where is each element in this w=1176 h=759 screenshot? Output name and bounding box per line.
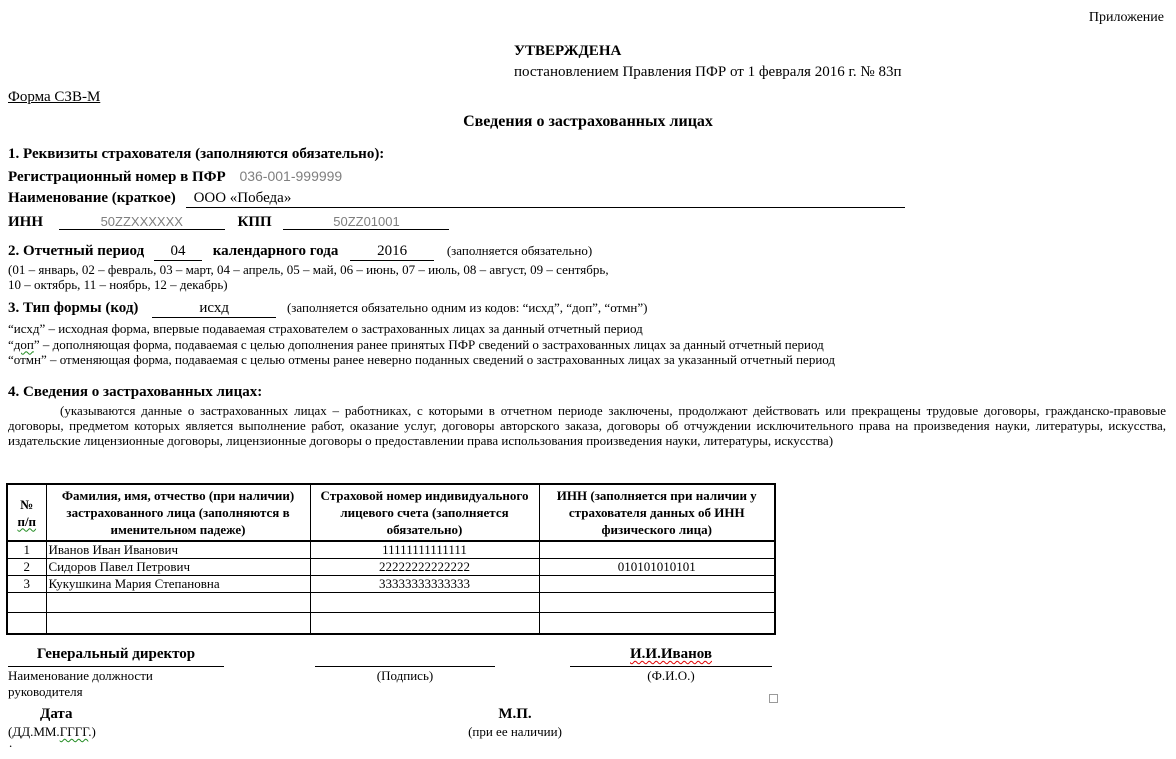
form-type-descr-iskhd: “исхд” – исходная форма, впервые подавае… xyxy=(8,321,835,337)
table-row xyxy=(7,593,775,613)
small-square-marker-icon xyxy=(769,694,778,703)
form-type-descr-otmn: “отмн” – отменяющая форма, подаваемая с … xyxy=(8,352,835,368)
form-name: Форма СЗВ-М xyxy=(8,89,100,106)
registration-number-line: Регистрационный номер в ПФР 036-001-9999… xyxy=(8,168,342,186)
position-caption-line1: Наименование должности xyxy=(8,668,153,684)
form-type-field[interactable]: исхд xyxy=(152,300,276,318)
page-title: Сведения о застрахованных лицах xyxy=(0,113,1176,131)
header-inn: ИНН (заполняется при наличии у страховат… xyxy=(539,484,775,541)
months-legend-line1: (01 – январь, 02 – февраль, 03 – март, 0… xyxy=(8,263,609,278)
cell-inn[interactable] xyxy=(539,593,775,613)
cell-snils[interactable] xyxy=(310,593,539,613)
short-name-label: Наименование (краткое) xyxy=(8,190,176,206)
form-type-descriptions: “исхд” – исходная форма, впервые подавае… xyxy=(8,321,835,368)
table-header-row: № п/п Фамилия, имя, отчество (при наличи… xyxy=(7,484,775,541)
form-type-label: 3. Тип формы (код) xyxy=(8,300,138,316)
header-num-line1: № xyxy=(12,496,42,513)
inn-kpp-line: ИНН 50ZZXXXXXX КПП 50ZZ01001 xyxy=(8,214,449,231)
header-fio: Фамилия, имя, отчество (при наличии) зас… xyxy=(46,484,310,541)
reporting-period-note: (заполняется обязательно) xyxy=(447,243,592,258)
table-row: 1 Иванов Иван Иванович 11111111111111 xyxy=(7,541,775,559)
director-position-field[interactable]: Генеральный директор xyxy=(8,646,224,667)
fio-value: И.И.Иванов xyxy=(630,646,712,662)
cell-fio[interactable] xyxy=(46,593,310,613)
fio-field[interactable]: И.И.Иванов xyxy=(570,646,772,667)
date-format-open: (ДД.ММ. xyxy=(8,724,60,739)
kpp-label: КПП xyxy=(238,214,272,230)
cell-inn[interactable] xyxy=(539,541,775,559)
inn-field[interactable]: 50ZZXXXXXX xyxy=(59,214,225,230)
cell-inn[interactable] xyxy=(539,613,775,634)
stray-dot: . xyxy=(9,735,12,751)
form-type-note: (заполняется обязательно одним из кодов:… xyxy=(287,300,648,315)
cell-num: 2 xyxy=(7,559,46,576)
months-legend: (01 – январь, 02 – февраль, 03 – март, 0… xyxy=(8,263,609,292)
registration-number-value[interactable]: 036-001-999999 xyxy=(239,168,342,184)
reporting-period-label: 2. Отчетный период xyxy=(8,243,144,259)
date-format-close: .) xyxy=(88,724,96,739)
form-type-descr-dop: “доп” – дополняющая форма, подаваемая с … xyxy=(8,337,835,353)
date-label: Дата xyxy=(40,706,72,723)
stamp-label: М.П. xyxy=(440,706,590,723)
table-row: 3 Кукушкина Мария Степановна 33333333333… xyxy=(7,576,775,593)
cell-num: 1 xyxy=(7,541,46,559)
reporting-period-field[interactable]: 04 xyxy=(154,243,202,261)
kpp-field[interactable]: 50ZZ01001 xyxy=(283,214,449,230)
table-row: 2 Сидоров Павел Петрович 22222222222222 … xyxy=(7,559,775,576)
inn-label: ИНН xyxy=(8,214,43,230)
header-num-line2: п/п xyxy=(12,513,42,530)
cell-snils[interactable]: 11111111111111 xyxy=(310,541,539,559)
position-caption-line2: руководителя xyxy=(8,684,153,700)
section1-heading: 1. Реквизиты страхователя (заполняются о… xyxy=(8,146,384,163)
calendar-year-label: календарного года xyxy=(213,243,339,259)
position-caption: Наименование должности руководителя xyxy=(8,668,153,700)
stamp-note: (при ее наличии) xyxy=(440,724,590,740)
cell-fio[interactable]: Кукушкина Мария Степановна xyxy=(46,576,310,593)
short-name-field[interactable]: ООО «Победа» xyxy=(186,190,905,208)
section4-paragraph: (указываются данные о застрахованных лиц… xyxy=(8,403,1166,449)
form-type-line: 3. Тип формы (код) исхд (заполняется обя… xyxy=(8,300,647,318)
short-name-line: Наименование (краткое) ООО «Победа» xyxy=(8,190,905,208)
cell-num xyxy=(7,593,46,613)
header-snils: Страховой номер индивидуального лицевого… xyxy=(310,484,539,541)
cell-snils[interactable]: 33333333333333 xyxy=(310,576,539,593)
signature-field[interactable] xyxy=(315,646,495,667)
descr-dop-rest: ” – дополняющая форма, подаваемая с цель… xyxy=(34,337,824,352)
cell-num: 3 xyxy=(7,576,46,593)
registration-number-label: Регистрационный номер в ПФР xyxy=(8,169,226,185)
cell-fio[interactable]: Иванов Иван Иванович xyxy=(46,541,310,559)
reporting-period-line: 2. Отчетный период 04 календарного года … xyxy=(8,243,592,261)
calendar-year-field[interactable]: 2016 xyxy=(350,243,434,261)
cell-fio[interactable]: Сидоров Павел Петрович xyxy=(46,559,310,576)
fio-caption: (Ф.И.О.) xyxy=(570,668,772,684)
cell-snils[interactable] xyxy=(310,613,539,634)
insured-persons-table: № п/п Фамилия, имя, отчество (при наличи… xyxy=(6,483,776,635)
header-num: № п/п xyxy=(7,484,46,541)
annex-label: Приложение xyxy=(1089,10,1164,26)
approved-heading: УТВЕРЖДЕНА xyxy=(514,43,621,60)
cell-fio[interactable] xyxy=(46,613,310,634)
signature-caption: (Подпись) xyxy=(315,668,495,684)
cell-snils[interactable]: 22222222222222 xyxy=(310,559,539,576)
approved-by-line: постановлением Правления ПФР от 1 феврал… xyxy=(514,64,902,81)
table-row xyxy=(7,613,775,634)
date-format-years: ГГГГ xyxy=(60,724,89,739)
months-legend-line2: 10 – октябрь, 11 – ноябрь, 12 – декабрь) xyxy=(8,278,609,293)
cell-inn[interactable] xyxy=(539,576,775,593)
date-format-caption: (ДД.ММ.ГГГГ.) xyxy=(8,724,96,740)
cell-num xyxy=(7,613,46,634)
descr-dop-word: доп xyxy=(14,337,34,352)
cell-inn[interactable]: 010101010101 xyxy=(539,559,775,576)
section4-heading: 4. Сведения о застрахованных лицах: xyxy=(8,384,262,401)
